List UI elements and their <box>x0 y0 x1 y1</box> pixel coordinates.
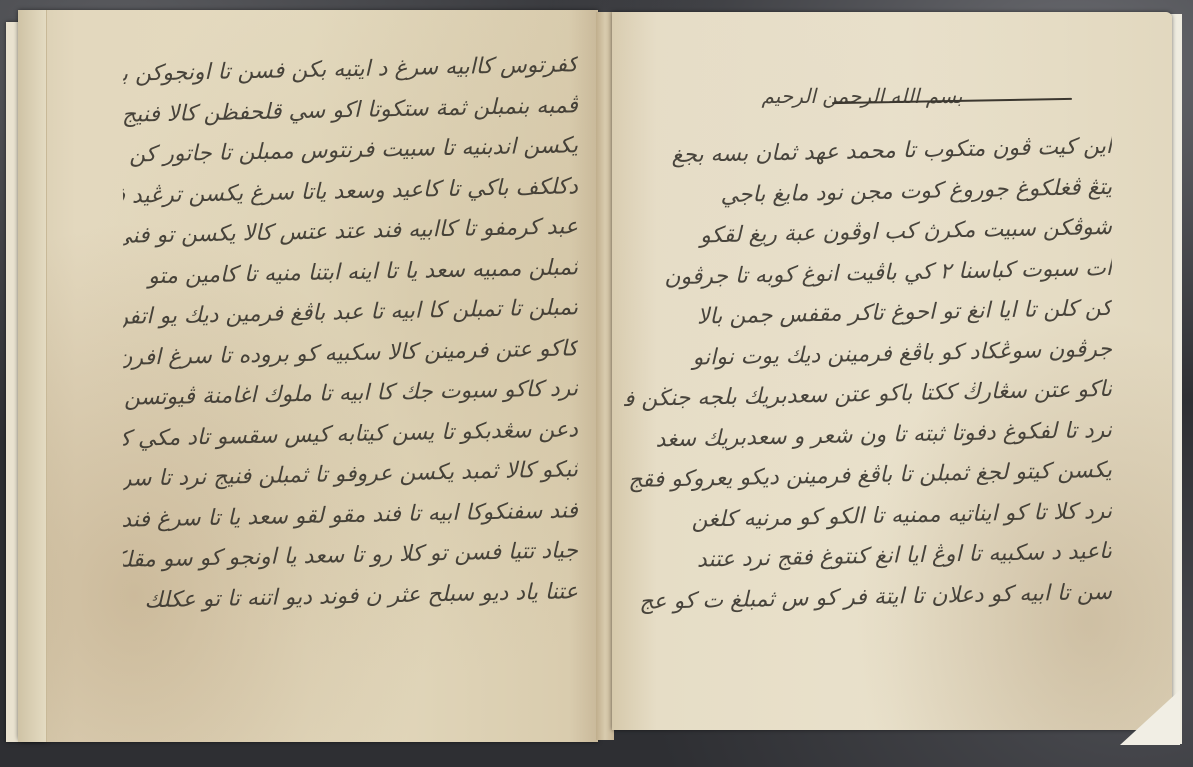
left-page-fore-edge <box>18 10 47 742</box>
basmala-heading: بسم الله الرحمن الرحيم <box>692 84 1032 108</box>
right-page-text-block: اين كيت ڤون متكوب تا محمد عهد ثمان بسه ب… <box>624 132 1112 618</box>
right-manuscript-page: بسم الله الرحمن الرحيم اين كيت ڤون متكوب… <box>612 12 1172 730</box>
left-manuscript-page: كفرتوس كاابيه سرغ د ايتيه بكن فسن تا اون… <box>18 10 598 742</box>
left-page-text-block: كفرتوس كاابيه سرغ د ايتيه بكن فسن تا اون… <box>123 50 578 617</box>
